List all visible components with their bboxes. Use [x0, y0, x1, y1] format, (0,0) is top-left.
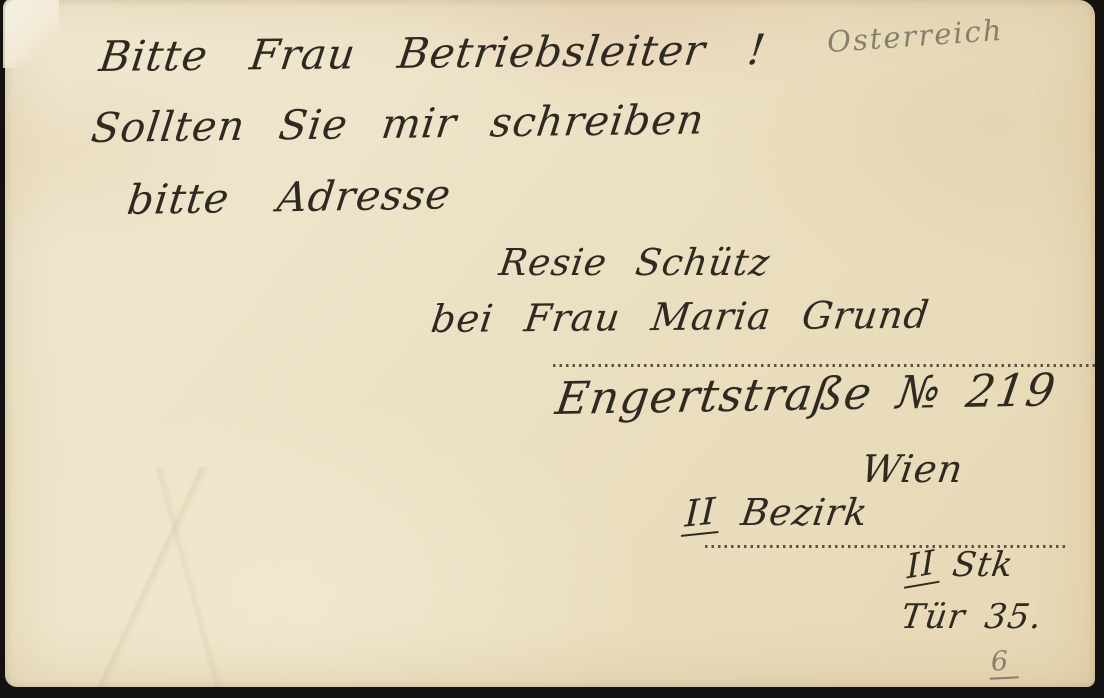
floor-numeral: II: [903, 545, 940, 588]
message-greeting: Bitte Frau Betriebsleiter !: [97, 29, 768, 78]
address-district: IIBezirk: [679, 494, 871, 535]
address-care-of: bei Frau Maria Grund: [429, 296, 932, 338]
address-street: Engertstraße № 219: [553, 367, 1059, 421]
floor-label: Stk: [950, 545, 1016, 585]
pencil-country-annotation: Osterreich: [826, 16, 1004, 57]
pencil-number-annotation: 6: [988, 647, 1019, 679]
address-name: Resie Schütz: [497, 244, 773, 281]
address-door: Tür 35.: [899, 600, 1044, 634]
address-floor: IIStk: [901, 548, 1016, 586]
photo-stage: Bitte Frau Betriebsleiter ! Sollten Sie …: [0, 0, 1104, 698]
district-numeral: II: [681, 492, 720, 537]
postcard: Bitte Frau Betriebsleiter ! Sollten Sie …: [5, 0, 1095, 687]
message-line-3: bitte Adresse: [125, 174, 453, 221]
address-city: Wien: [859, 450, 966, 488]
message-line-2: Sollten Sie mir schreiben: [89, 99, 707, 149]
district-label: Bezirk: [738, 491, 871, 534]
